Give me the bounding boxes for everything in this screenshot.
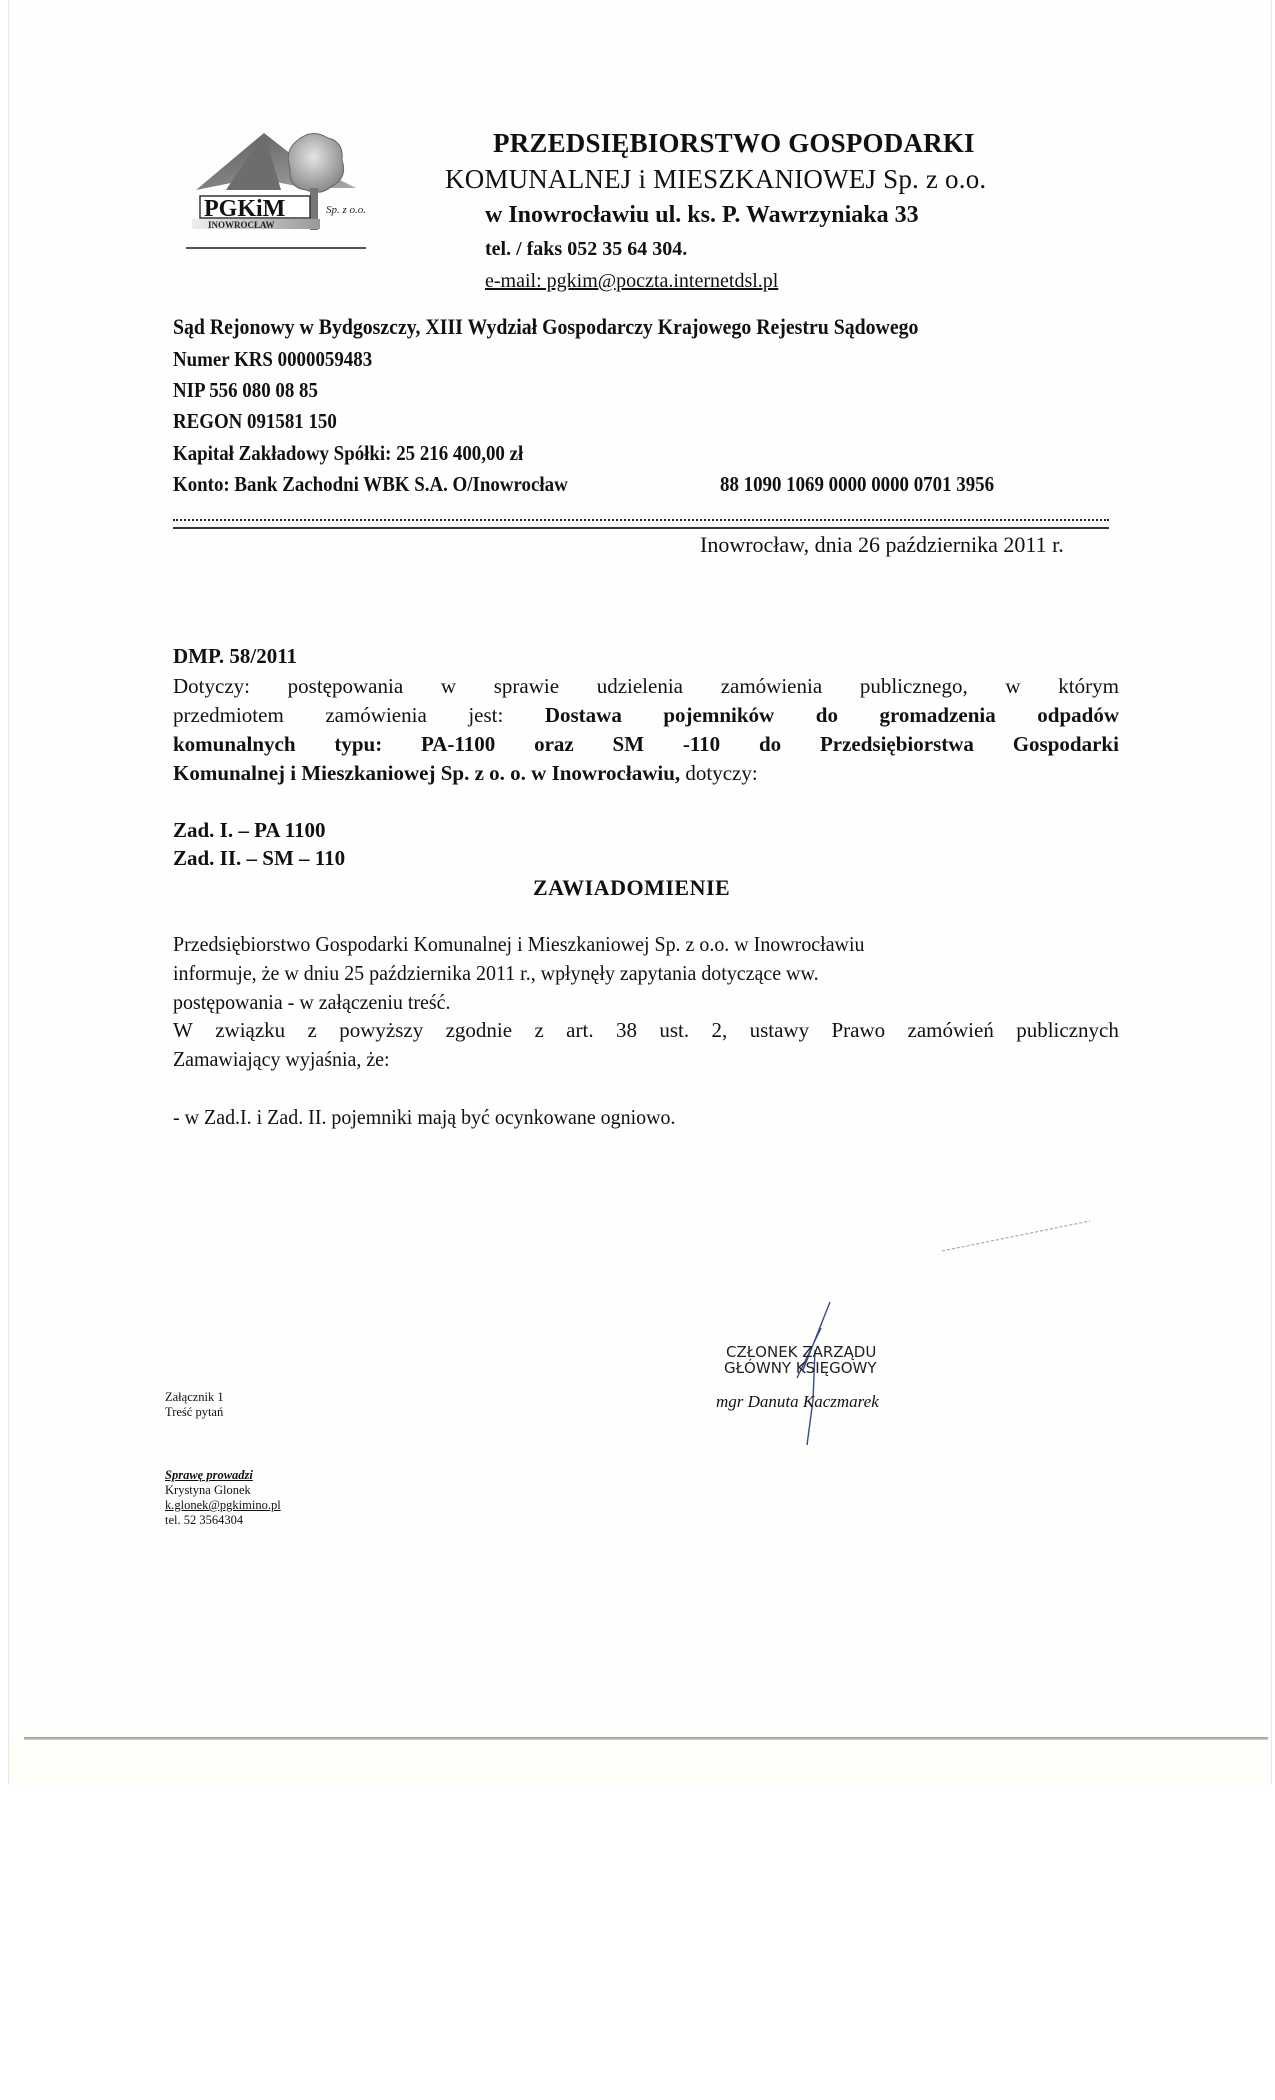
body-p1-line3: postępowania - w załączeniu treść. [173, 990, 451, 1015]
word: związku [215, 1018, 285, 1043]
word: komunalnych [173, 732, 296, 757]
word: w [441, 674, 456, 699]
contact-heading: Sprawę prowadzi [165, 1468, 253, 1483]
notice-heading: ZAWIADOMIENIE [533, 875, 730, 901]
word: zamówienia [721, 674, 822, 699]
word: odpadów [1037, 703, 1119, 728]
page-bottom-edge [24, 1737, 1268, 1740]
next-page-strip [10, 1742, 1268, 1784]
stamp-title-1: CZŁONEK ZARZĄDU [726, 1344, 876, 1360]
word: W [173, 1018, 193, 1043]
contact-email-link[interactable]: k.glonek@pgkimino.pl [165, 1498, 281, 1513]
svg-text:Sp. z o.o.: Sp. z o.o. [326, 204, 366, 216]
reference-number: DMP. 58/2011 [173, 644, 297, 669]
body-p1-line2: informuje, że w dniu 25 października 201… [173, 961, 819, 986]
subject-line-4: Komunalnej i Mieszkaniowej Sp. z o. o. w… [173, 761, 758, 786]
contact-name: Krystyna Glonek [165, 1483, 251, 1498]
word: powyższy [339, 1018, 423, 1043]
word: do [816, 703, 838, 728]
header-separator [173, 519, 1109, 529]
word: zamówienia [325, 703, 426, 728]
word: którym [1058, 674, 1119, 699]
word: 2, [711, 1018, 727, 1043]
registry-account-bank: Konto: Bank Zachodni WBK S.A. O/Inowrocł… [173, 472, 568, 497]
body-answer: - w Zad.I. i Zad. II. pojemniki mają być… [173, 1105, 675, 1130]
letterhead-line1: PRZEDSIĘBIORSTWO GOSPODARKI [493, 128, 975, 159]
word: Dotyczy: [173, 674, 250, 699]
word: do [759, 732, 781, 757]
word: postępowania [288, 674, 403, 699]
word: publicznych [1016, 1018, 1119, 1043]
letterhead-email-link[interactable]: e-mail: pgkim@poczta.internetdsl.pl [485, 270, 778, 293]
word: zgodnie [446, 1018, 512, 1043]
word: pojemników [663, 703, 774, 728]
body-p1-line1: Przedsiębiorstwo Gospodarki Komunalnej i… [173, 932, 864, 957]
svg-text:PGKiM: PGKiM [204, 196, 285, 222]
word: gromadzenia [879, 703, 995, 728]
registry-regon: REGON 091581 150 [173, 409, 337, 434]
word: ust. [659, 1018, 689, 1043]
word: Dostawa [545, 703, 622, 728]
letterhead-address: w Inowrocławiu ul. ks. P. Wawrzyniaka 33 [485, 202, 919, 229]
word: sprawie [494, 674, 559, 699]
word: -110 [683, 732, 720, 757]
word: typu: [334, 732, 382, 757]
logo-house-tree-icon: PGKiM INOWROCŁAW Sp. z o.o. [186, 118, 376, 248]
subject-recipient: Komunalnej i Mieszkaniowej Sp. z o. o. w… [173, 761, 680, 785]
word: 38 [616, 1018, 637, 1043]
word: przedmiotem [173, 703, 284, 728]
letter-date: Inowrocław, dnia 26 października 2011 r. [700, 532, 1064, 558]
body-p2-line1: Wzwiązkuzpowyższyzgodniezart.38ust.2,ust… [173, 1018, 1119, 1043]
registry-court: Sąd Rejonowy w Bydgoszczy, XIII Wydział … [173, 314, 918, 340]
registry-capital: Kapitał Zakładowy Spółki: 25 216 400,00 … [173, 441, 523, 466]
pen-stroke-mark [940, 1215, 1100, 1255]
registry-account-number: 88 1090 1069 0000 0000 0701 3956 [720, 472, 994, 497]
word: Gospodarki [1013, 732, 1119, 757]
task-1: Zad. I. – PA 1100 [173, 818, 325, 843]
letterhead-line2: KOMUNALNEJ i MIESZKANIOWEJ Sp. z o.o. [445, 164, 986, 195]
word: jest: [468, 703, 503, 728]
subject-line-1: Dotyczy:postępowaniawsprawieudzieleniaza… [173, 674, 1119, 699]
registry-nip: NIP 556 080 08 85 [173, 378, 318, 403]
word: w [1005, 674, 1020, 699]
word: SM [613, 732, 645, 757]
attachment-label: Załącznik 1 [165, 1390, 224, 1405]
logo-underline [186, 247, 366, 249]
company-logo: PGKiM INOWROCŁAW Sp. z o.o. [186, 118, 376, 248]
word: Prawo [831, 1018, 885, 1043]
subject-line-2: przedmiotemzamówieniajest:Dostawapojemni… [173, 703, 1119, 728]
subject-line-3: komunalnychtypu:PA-1100orazSM-110doPrzed… [173, 732, 1119, 757]
word: zamówień [908, 1018, 994, 1043]
attachment-title: Treść pytań [165, 1405, 223, 1420]
word: PA-1100 [421, 732, 495, 757]
subject-suffix: dotyczy: [680, 761, 758, 785]
signer-name: mgr Danuta Kaczmarek [716, 1392, 879, 1412]
word: art. [566, 1018, 593, 1043]
task-2: Zad. II. – SM – 110 [173, 846, 345, 871]
word: ustawy [750, 1018, 810, 1043]
word: udzielenia [597, 674, 683, 699]
letterhead-phone: tel. / faks 052 35 64 304. [485, 238, 687, 261]
svg-text:INOWROCŁAW: INOWROCŁAW [208, 220, 275, 230]
registry-krs: Numer KRS 0000059483 [173, 347, 372, 372]
contact-phone: tel. 52 3564304 [165, 1513, 243, 1528]
word: Przedsiębiorstwa [820, 732, 974, 757]
word: z [308, 1018, 317, 1043]
word: publicznego, [860, 674, 968, 699]
body-p2-line2: Zamawiający wyjaśnia, że: [173, 1047, 390, 1072]
word: oraz [534, 732, 574, 757]
word: z [534, 1018, 543, 1043]
stamp-title-2: GŁÓWNY KSIĘGOWY [724, 1360, 877, 1376]
